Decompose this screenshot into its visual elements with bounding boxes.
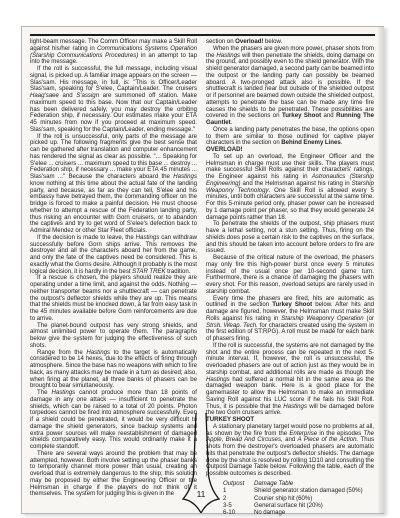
table-row: 6-10No damage xyxy=(220,509,374,516)
die-roll-cell: 6-10 xyxy=(220,509,250,516)
scanned-page: light-beam message. The Comm Officer may… xyxy=(21,26,384,514)
table-row: 3-5General surface hit (20%) xyxy=(220,502,374,509)
text-run: are summoned off station. Make maximum s… xyxy=(30,92,197,133)
table-title-row: OutpostDamage Table xyxy=(220,480,374,487)
result-cell: Courier ship hit (60%) xyxy=(254,495,374,502)
page-edge-shadow xyxy=(378,27,384,513)
die-roll-cell: 1 xyxy=(220,487,250,494)
paragraph: When the phasers are given more power, p… xyxy=(206,46,374,127)
paragraph: If the roll is unsuccessful, only parts … xyxy=(30,134,197,235)
outpost-damage-table: OutpostDamage Table1Shield generator sta… xyxy=(220,480,374,517)
paragraph: If the roll is successful, the full mess… xyxy=(30,66,197,134)
table-row: 1Shield generator station damaged (50%) xyxy=(220,487,374,494)
text-run: cannot produce more than 18 points of da… xyxy=(30,389,197,450)
text-run: There are several ways around the proble… xyxy=(30,450,197,498)
result-cell: General surface hit (20%) xyxy=(254,502,374,509)
text-run: Behind Enemy Lines xyxy=(281,139,341,146)
text-run: know nothing at this time about the actu… xyxy=(30,180,197,234)
text-run: The planet-bound outpost has very strong… xyxy=(30,322,197,349)
text-run: If a rescue is chosen, the players shoul… xyxy=(30,274,197,322)
text-run: Thus shots from the destroyer's overload… xyxy=(206,436,374,477)
text-column-right: section on Overload! below.When the phas… xyxy=(206,39,374,511)
text-run: Because of the critical nature of the ov… xyxy=(206,254,374,295)
text-run: to the target is automatically considere… xyxy=(30,349,197,390)
paragraph: The Hastings cannot produce more than 18… xyxy=(30,390,197,451)
paragraph: light-beam message. The Comm Officer may… xyxy=(30,39,197,66)
text-run: To penetrate the shields of the outpost,… xyxy=(206,220,374,254)
paragraph: Range from the Hastings to the target is… xyxy=(30,350,197,391)
paragraph: If a rescue is chosen, the players shoul… xyxy=(30,275,197,322)
starfleet-delta-page-marker: 11 xyxy=(178,413,224,513)
paragraph: A stationary planetary target would pose… xyxy=(206,424,374,478)
paragraph: Once a landing party penetrates the base… xyxy=(206,127,374,147)
paragraph: To set up an overload, the Engineer Offi… xyxy=(206,154,374,222)
text-run: If the roll is successful, the systems a… xyxy=(206,342,374,376)
text-column-left: light-beam message. The Comm Officer may… xyxy=(30,39,197,511)
paragraph: Because of the critical nature of the ov… xyxy=(206,255,374,296)
text-run: and xyxy=(321,112,336,119)
table-title-cell: Outpost xyxy=(220,480,250,487)
table-row: 2Courier ship hit (60%) xyxy=(220,495,374,502)
text-run: If the roll is unsuccessful, only parts … xyxy=(30,133,197,181)
paragraph: To penetrate the shields of the outpost,… xyxy=(206,221,374,255)
paragraph: If the decision is made to leave, the Ha… xyxy=(30,235,197,276)
text-run: . xyxy=(341,139,343,146)
table-title-cell: Damage Table xyxy=(254,480,374,487)
top-border-rule xyxy=(30,34,375,36)
page-number: 11 xyxy=(197,489,206,499)
text-run: If the roll is successful, the full mess… xyxy=(30,65,197,92)
paragraph: There are several ways around the proble… xyxy=(30,451,197,498)
text-run: Hastings xyxy=(283,403,307,410)
paragraph: If the roll is successful, the systems a… xyxy=(206,343,374,417)
paragraph: The planet-bound outpost has very strong… xyxy=(30,323,197,350)
die-roll-cell: 3-5 xyxy=(220,502,250,509)
text-run: will then penetrate the shields, doing d… xyxy=(206,52,374,120)
die-roll-cell: 2 xyxy=(220,495,250,502)
paragraph: Every time the phasers are fired, hits a… xyxy=(206,296,374,343)
result-cell: Shield generator station damaged (50%) xyxy=(254,487,374,494)
result-cell: No damage xyxy=(254,509,374,516)
text-run: Turkey Shoot xyxy=(282,112,321,119)
